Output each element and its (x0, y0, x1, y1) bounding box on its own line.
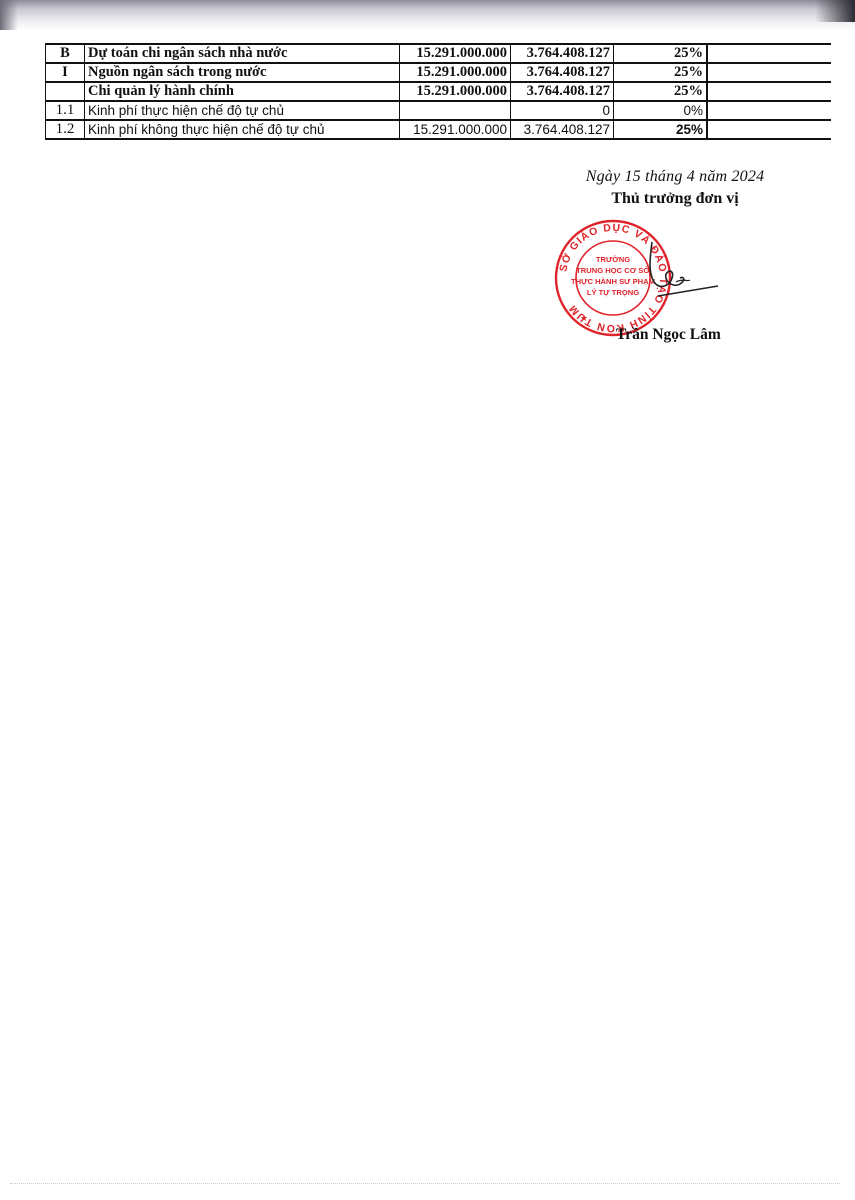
svg-text:LÝ TỰ TRỌNG: LÝ TỰ TRỌNG (587, 288, 639, 297)
table-row: Chi quản lý hành chính15.291.000.0003.76… (46, 82, 832, 101)
handwritten-signature (640, 238, 720, 318)
row-actual-amount: 3.764.408.127 (511, 63, 614, 82)
row-item-name: Kinh phí thực hiện chế độ tự chủ (85, 101, 400, 120)
row-note (707, 44, 831, 63)
row-number: I (46, 63, 85, 82)
table-row: INguồn ngân sách trong nước15.291.000.00… (46, 63, 832, 82)
row-item-name: Dự toán chi ngân sách nhà nước (85, 44, 400, 63)
signature-title: Thủ trưởng đơn vị (555, 190, 795, 208)
signer-name: Trần Ngọc Lâm (616, 326, 721, 344)
svg-text:TRƯỜNG: TRƯỜNG (596, 255, 630, 264)
row-percent: 25% (614, 120, 708, 139)
table-row: 1.2Kinh phí không thực hiện chế độ tự ch… (46, 120, 832, 139)
row-plan-amount: 15.291.000.000 (400, 120, 511, 139)
row-item-name: Chi quản lý hành chính (85, 82, 400, 101)
row-plan-amount: 15.291.000.000 (400, 63, 511, 82)
row-number: 1.2 (46, 120, 85, 139)
row-percent: 0% (614, 101, 708, 120)
row-number (46, 82, 85, 101)
row-actual-amount: 3.764.408.127 (511, 120, 614, 139)
signature-block: Ngày 15 tháng 4 năm 2024 Thủ trưởng đơn … (555, 168, 795, 208)
row-actual-amount: 0 (511, 101, 614, 120)
row-note (707, 120, 831, 139)
signature-date: Ngày 15 tháng 4 năm 2024 (555, 168, 795, 186)
table-row: 1.1 Kinh phí thực hiện chế độ tự chủ00% (46, 101, 832, 120)
row-note (707, 82, 831, 101)
svg-text:★: ★ (580, 313, 588, 323)
row-note (707, 63, 831, 82)
budget-table: BDự toán chi ngân sách nhà nước15.291.00… (45, 43, 831, 140)
scan-edge-bottom (10, 1183, 840, 1184)
row-number: 1.1 (46, 101, 85, 120)
row-item-name: Kinh phí không thực hiện chế độ tự chủ (85, 120, 400, 139)
row-plan-amount: 15.291.000.000 (400, 44, 511, 63)
row-item-name: Nguồn ngân sách trong nước (85, 63, 400, 82)
row-percent: 25% (614, 63, 708, 82)
row-note (707, 101, 831, 120)
scan-edge-top (0, 0, 855, 30)
row-plan-amount: 15.291.000.000 (400, 82, 511, 101)
row-percent: 25% (614, 44, 708, 63)
row-plan-amount (400, 101, 511, 120)
row-actual-amount: 3.764.408.127 (511, 44, 614, 63)
row-percent: 25% (614, 82, 708, 101)
row-actual-amount: 3.764.408.127 (511, 82, 614, 101)
row-number: B (46, 44, 85, 63)
table-row: BDự toán chi ngân sách nhà nước15.291.00… (46, 44, 832, 63)
